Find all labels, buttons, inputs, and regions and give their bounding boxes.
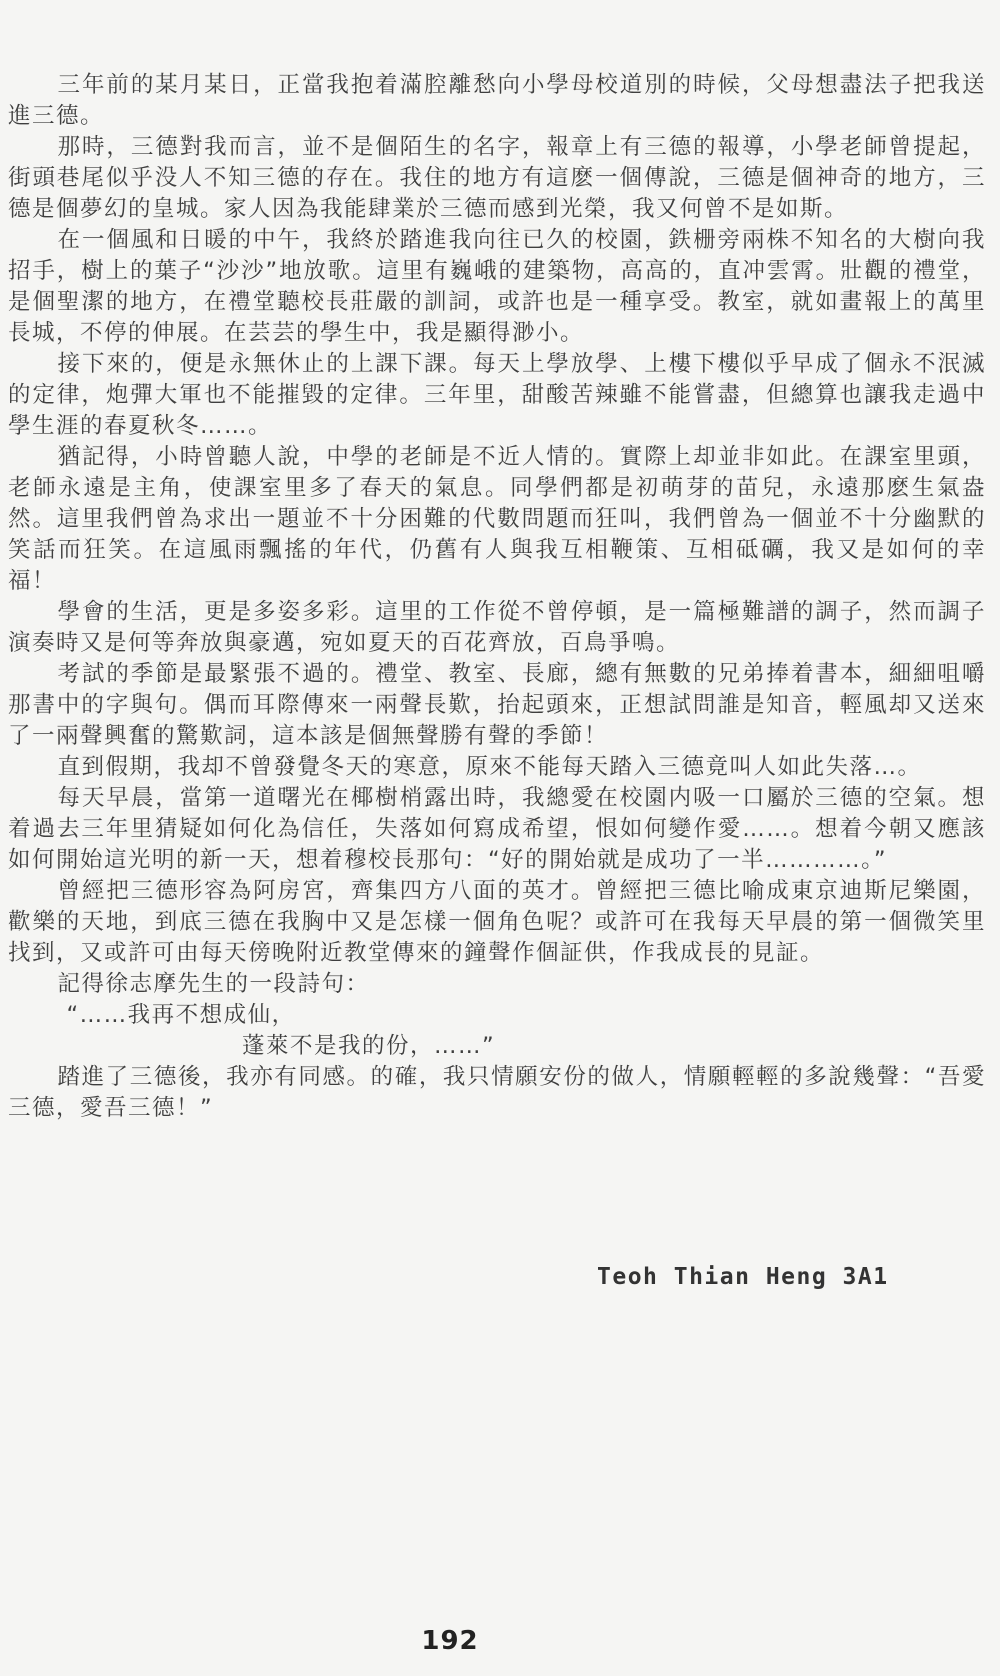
essay-paragraph: 學會的生活，更是多姿多彩。這里的工作從不曾停頓，是一篇極難譜的調子，然而調子演奏… <box>8 597 986 659</box>
essay-paragraph: 直到假期，我却不曾發覺冬天的寒意，原來不能每天踏入三德竟叫人如此失落…。 <box>8 752 986 783</box>
essay-paragraph: 踏進了三德後，我亦有同感。的確，我只情願安份的做人，情願輕輕的多說幾聲：“吾愛三… <box>8 1062 986 1124</box>
scanned-essay-page: 三年前的某月某日，正當我抱着滿腔離愁向小學母校道別的時候，父母想盡法子把我送進三… <box>0 0 1000 1676</box>
essay-paragraph: 每天早晨，當第一道曙光在椰樹梢露出時，我總愛在校園内吸一口屬於三德的空氣。想着過… <box>8 783 986 876</box>
author-signature: Teoh Thian Heng 3A1 <box>597 1264 889 1290</box>
essay-paragraph: 考試的季節是最緊張不過的。禮堂、教室、長廊，總有無數的兄弟捧着書本，細細咀嚼那書… <box>8 659 986 752</box>
essay-body: 三年前的某月某日，正當我抱着滿腔離愁向小學母校道別的時候，父母想盡法子把我送進三… <box>8 70 986 1124</box>
essay-paragraph: 那時，三德對我而言，並不是個陌生的名字，報章上有三德的報導，小學老師曾提起，街頭… <box>8 132 986 225</box>
page-number: 192 <box>0 1626 900 1656</box>
essay-paragraph: 曾經把三德形容為阿房宮，齊集四方八面的英才。曾經把三德比喻成東京迪斯尼樂園，歡樂… <box>8 876 986 969</box>
essay-paragraph: 接下來的，便是永無休止的上課下課。每天上學放學、上樓下樓似乎早成了個永不泯滅的定… <box>8 349 986 442</box>
essay-paragraph: 記得徐志摩先生的一段詩句： <box>8 969 986 1000</box>
essay-paragraph: 猶記得，小時曾聽人說，中學的老師是不近人情的。實際上却並非如此。在課室里頭，老師… <box>8 442 986 597</box>
poem-line: 蓬萊不是我的份，……” <box>8 1031 986 1062</box>
poem-line: “……我再不想成仙， <box>8 1000 986 1031</box>
essay-paragraph: 三年前的某月某日，正當我抱着滿腔離愁向小學母校道別的時候，父母想盡法子把我送進三… <box>8 70 986 132</box>
essay-paragraph: 在一個風和日暖的中午，我終於踏進我向往已久的校園，鉄栅旁兩株不知名的大樹向我招手… <box>8 225 986 349</box>
